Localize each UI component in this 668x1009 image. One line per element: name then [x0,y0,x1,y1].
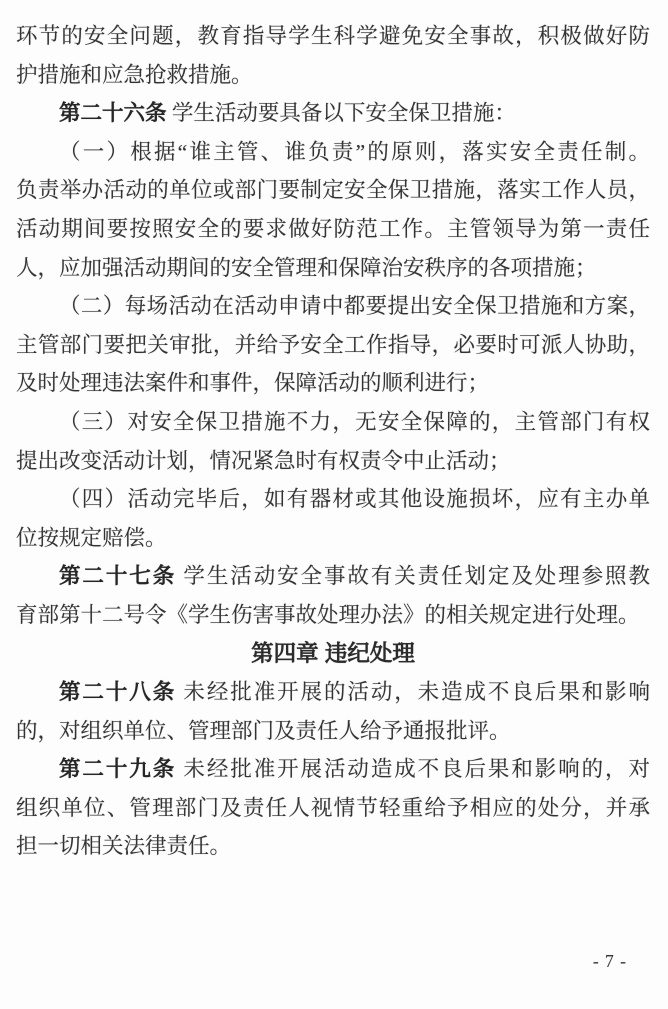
article-number: 第二十七条 [59,564,176,588]
article-26-line: 第二十六条 学生活动要具备以下安全保卫措施： [16,94,650,133]
line-text: 位按规定赔偿。 [16,526,167,550]
document-body: 环节的安全问题，教育指导学生科学避免安全事故，积极做好防 护措施和应急抢救措施。… [16,17,650,866]
line-text: 学生活动安全事故有关责任划定及处理参照教 [176,564,650,588]
line-text: 育部第十二号令《学生伤害事故处理办法》的相关规定进行处理。 [16,603,640,627]
chapter-heading: 第四章 违纪处理 [16,635,650,674]
line-text: 护措施和应急抢救措施。 [16,63,253,87]
line-text: 环节的安全问题，教育指导学生科学避免安全事故，积极做好防 [16,24,650,48]
line-text: 学生活动要具备以下安全保卫措施： [167,101,516,125]
item-1-line: （一）根据“谁主管、谁负责”的原则，落实安全责任制。 [16,133,650,172]
article-number: 第二十八条 [59,680,176,704]
article-28-line: 第二十八条 未经批准开展的活动，未造成不良后果和影响 [16,673,650,712]
line-text: （一）根据“谁主管、谁负责”的原则，落实安全责任制。 [59,140,650,164]
line-text: 提出改变活动计划，情况紧急时有权责令中止活动； [16,449,511,473]
article-29-line: 第二十九条 未经批准开展活动造成不良后果和影响的，对 [16,750,650,789]
paragraph-line: 提出改变活动计划，情况紧急时有权责令中止活动； [16,442,650,481]
item-2-line: （二）每场活动在活动申请中都要提出安全保卫措施和方案， [16,287,650,326]
paragraph-line: 主管部门要把关审批，并给予安全工作指导，必要时可派人协助， [16,326,650,365]
line-text: 未经批准开展活动造成不良后果和影响的，对 [176,757,650,781]
paragraph-line: 环节的安全问题，教育指导学生科学避免安全事故，积极做好防 [16,17,650,56]
chapter-heading-text: 第四章 违纪处理 [251,641,415,666]
line-text: 的，对组织单位、管理部门及责任人给予通报批评。 [16,719,511,743]
paragraph-line: 及时处理违法案件和事件，保障活动的顺利进行； [16,364,650,403]
line-text: 主管部门要把关审批，并给予安全工作指导，必要时可派人协助， [16,333,650,357]
article-27-line: 第二十七条 学生活动安全事故有关责任划定及处理参照教 [16,557,650,596]
paragraph-line: 负责举办活动的单位或部门要制定安全保卫措施，落实工作人员， [16,171,650,210]
article-number: 第二十九条 [59,757,176,781]
item-3-line: （三）对安全保卫措施不力，无安全保障的，主管部门有权 [16,403,650,442]
line-text: 活动期间要按照安全的要求做好防范工作。主管领导为第一责任 [16,217,650,241]
paragraph-line: 人，应加强活动期间的安全管理和保障治安秩序的各项措施； [16,249,650,288]
paragraph-line: 担一切相关法律责任。 [16,827,650,866]
paragraph-line: 育部第十二号令《学生伤害事故处理办法》的相关规定进行处理。 [16,596,650,635]
paragraph-line: 组织单位、管理部门及责任人视情节轻重给予相应的处分，并承 [16,789,650,828]
document-page: 环节的安全问题，教育指导学生科学避免安全事故，积极做好防 护措施和应急抢救措施。… [0,0,668,1009]
line-text: 担一切相关法律责任。 [16,834,231,858]
item-4-line: （四）活动完毕后，如有器材或其他设施损坏，应有主办单 [16,480,650,519]
paragraph-line: 的，对组织单位、管理部门及责任人给予通报批评。 [16,712,650,751]
line-text: 未经批准开展的活动，未造成不良后果和影响 [176,680,650,704]
line-text: （三）对安全保卫措施不力，无安全保障的，主管部门有权 [59,410,650,434]
line-text: 及时处理违法案件和事件，保障活动的顺利进行； [16,371,489,395]
paragraph-line: 位按规定赔偿。 [16,519,650,558]
line-text: 人，应加强活动期间的安全管理和保障治安秩序的各项措施； [16,256,597,280]
line-text: （四）活动完毕后，如有器材或其他设施损坏，应有主办单 [59,487,650,511]
paragraph-line: 护措施和应急抢救措施。 [16,56,650,95]
line-text: （二）每场活动在活动申请中都要提出安全保卫措施和方案， [59,294,650,318]
article-number: 第二十六条 [59,101,167,125]
paragraph-line: 活动期间要按照安全的要求做好防范工作。主管领导为第一责任 [16,210,650,249]
line-text: 组织单位、管理部门及责任人视情节轻重给予相应的处分，并承 [16,796,650,820]
page-number: - 7 - [0,951,627,972]
line-text: 负责举办活动的单位或部门要制定安全保卫措施，落实工作人员， [16,178,650,202]
